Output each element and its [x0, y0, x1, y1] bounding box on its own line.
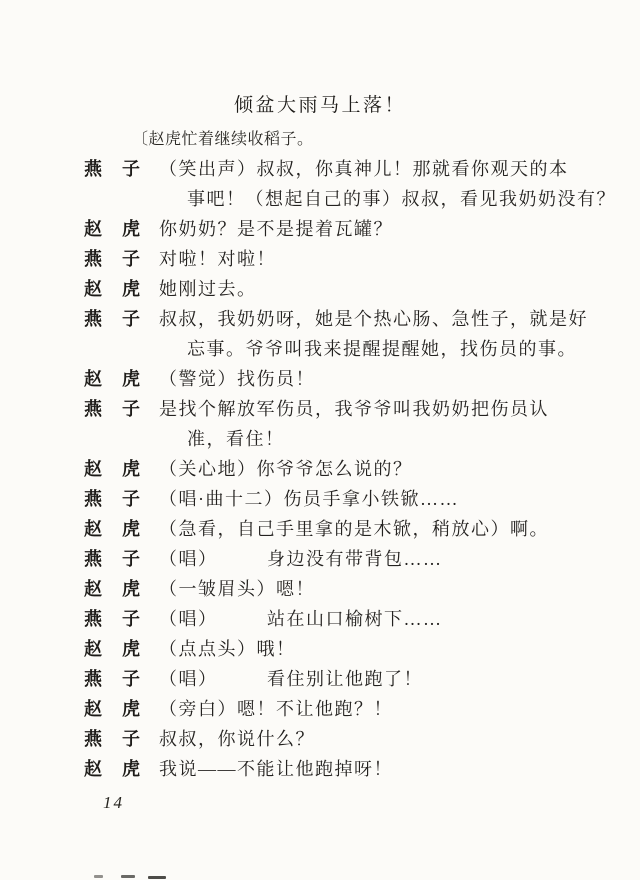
page-number: 14	[103, 793, 124, 813]
dialogue-row: 燕子 对啦！对啦！	[0, 244, 640, 274]
page-title: 倾盆大雨马上落！	[0, 90, 640, 117]
speaker-name: 燕子	[84, 664, 140, 694]
script-page: 倾盆大雨马上落！ 〔赵虎忙着继续收稻子。 燕子 （笑出声）叔叔，你真神儿！那就看…	[0, 0, 640, 880]
speaker-name: 赵虎	[84, 574, 140, 604]
speech-text: 我说——不能让他跑掉呀！	[159, 754, 627, 784]
speech-text: 叔叔，你说什么？	[159, 724, 627, 754]
speaker-name: 燕子	[84, 604, 140, 634]
speaker-name: 燕子	[84, 394, 140, 424]
speech-text: （一皱眉头）嗯！	[159, 574, 627, 604]
print-artifact-mark	[148, 876, 166, 879]
speaker-name: 赵虎	[84, 454, 140, 484]
speech-text: （笑出声）叔叔，你真神儿！那就看你观天的本 事吧！（想起自己的事）叔叔，看见我奶…	[159, 154, 627, 214]
speech-text: 是找个解放军伤员，我爷爷叫我奶奶把伤员认 准，看住！	[159, 394, 627, 454]
dialogue-row: 燕子 （笑出声）叔叔，你真神儿！那就看你观天的本 事吧！（想起自己的事）叔叔，看…	[0, 154, 640, 214]
dialogue-row: 赵虎 她刚过去。	[0, 274, 640, 304]
speech-text: （警觉）找伤员！	[159, 364, 627, 394]
speaker-name: 赵虎	[84, 634, 140, 664]
speaker-name: 燕子	[84, 724, 140, 754]
speech-text: 叔叔，我奶奶呀，她是个热心肠、急性子，就是好 忘事。爷爷叫我来提醒提醒她，找伤员…	[159, 304, 627, 364]
speech-text: 你奶奶？是不是提着瓦罐？	[159, 214, 627, 244]
speaker-name: 赵虎	[84, 754, 140, 784]
speech-text: （点点头）哦！	[159, 634, 627, 664]
speech-text: （急看，自己手里拿的是木锨，稍放心）啊。	[159, 514, 627, 544]
speech-text: （唱·曲十二）伤员手拿小铁锨……	[159, 484, 627, 514]
speaker-name: 赵虎	[84, 214, 140, 244]
speaker-name: 燕子	[84, 544, 140, 574]
dialogue-row: 燕子 （唱） 站在山口榆树下……	[0, 604, 640, 634]
dialogue-row: 燕子 （唱） 看住别让他跑了！	[0, 664, 640, 694]
stage-direction: 〔赵虎忙着继续收稻子。	[132, 126, 314, 149]
speaker-name: 燕子	[84, 484, 140, 514]
dialogue-list: 燕子 （笑出声）叔叔，你真神儿！那就看你观天的本 事吧！（想起自己的事）叔叔，看…	[0, 154, 640, 784]
dialogue-row: 赵虎 我说——不能让他跑掉呀！	[0, 754, 640, 784]
dialogue-row: 燕子 是找个解放军伤员，我爷爷叫我奶奶把伤员认 准，看住！	[0, 394, 640, 454]
speaker-name: 燕子	[84, 304, 140, 334]
speaker-name: 赵虎	[84, 694, 140, 724]
dialogue-row: 赵虎 （点点头）哦！	[0, 634, 640, 664]
dialogue-row: 赵虎 （警觉）找伤员！	[0, 364, 640, 394]
dialogue-row: 赵虎 （旁白）嗯！不让他跑？！	[0, 694, 640, 724]
dialogue-row: 燕子 叔叔，我奶奶呀，她是个热心肠、急性子，就是好 忘事。爷爷叫我来提醒提醒她，…	[0, 304, 640, 364]
dialogue-row: 赵虎 （关心地）你爷爷怎么说的？	[0, 454, 640, 484]
dialogue-row: 赵虎 （一皱眉头）嗯！	[0, 574, 640, 604]
speaker-name: 燕子	[84, 154, 140, 184]
print-artifact-mark	[121, 875, 135, 878]
speech-text: （唱） 身边没有带背包……	[159, 544, 627, 574]
speaker-name: 燕子	[84, 244, 140, 274]
speech-text: （唱） 站在山口榆树下……	[159, 604, 627, 634]
speech-text: （关心地）你爷爷怎么说的？	[159, 454, 627, 484]
dialogue-row: 燕子 （唱） 身边没有带背包……	[0, 544, 640, 574]
dialogue-row: 赵虎 （急看，自己手里拿的是木锨，稍放心）啊。	[0, 514, 640, 544]
speaker-name: 赵虎	[84, 514, 140, 544]
speech-text: （旁白）嗯！不让他跑？！	[159, 694, 627, 724]
print-artifact-mark	[94, 875, 103, 878]
speaker-name: 赵虎	[84, 274, 140, 304]
dialogue-row: 燕子 （唱·曲十二）伤员手拿小铁锨……	[0, 484, 640, 514]
speaker-name: 赵虎	[84, 364, 140, 394]
dialogue-row: 燕子 叔叔，你说什么？	[0, 724, 640, 754]
speech-text: （唱） 看住别让他跑了！	[159, 664, 627, 694]
dialogue-row: 赵虎 你奶奶？是不是提着瓦罐？	[0, 214, 640, 244]
speech-text: 对啦！对啦！	[159, 244, 627, 274]
speech-text: 她刚过去。	[159, 274, 627, 304]
